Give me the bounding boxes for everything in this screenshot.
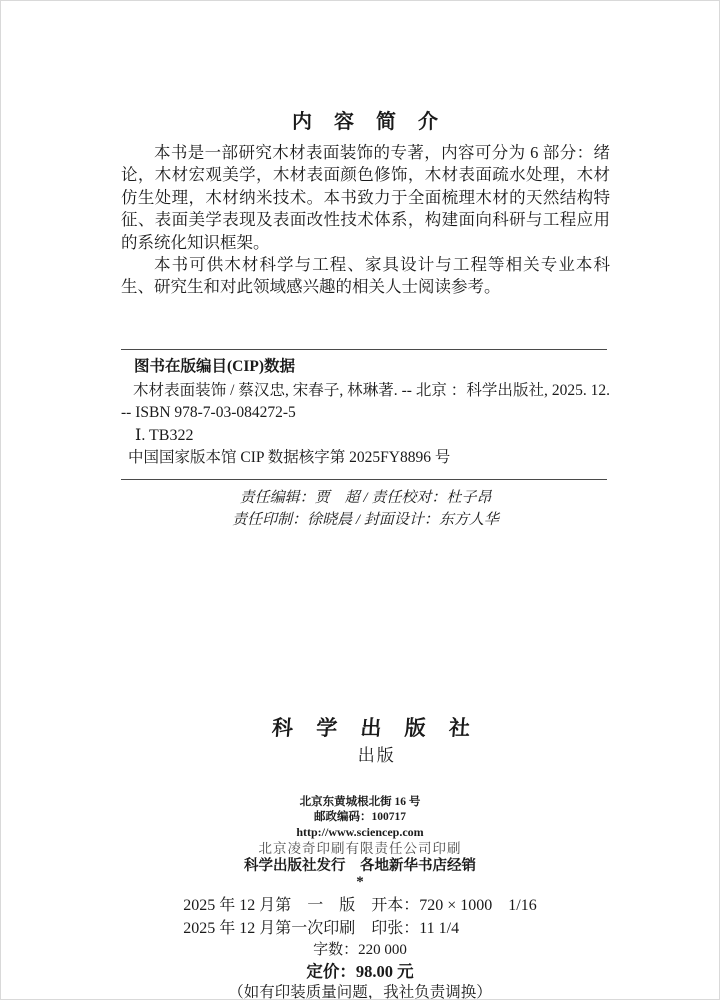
copyright-page: 内 容 简 介 本书是一部研究木材表面装饰的专著，内容可分为 6 部分：绪论，木… [0, 0, 720, 1000]
publisher-logo-script: 科 学 出 版 社 [271, 715, 480, 741]
cip-registry-note: 中国国家版本馆 CIP 数据核字第 2025FY8896 号 [121, 447, 610, 470]
staff-credits: 责任编辑：贾 超 / 责任校对：杜子昂 责任印制：徐晓晨 / 封面设计：东方人华 [121, 487, 610, 531]
word-count-line: 字数：220 000 [1, 940, 719, 961]
quality-notice-line: （如有印装质量问题，我社负责调换） [1, 982, 719, 1000]
publish-label: 出版 [358, 746, 396, 765]
printing-line: 2025 年 12 月第一次印刷 印张：11 1/4 [183, 917, 536, 940]
cip-heading: 图书在版编目(CIP)数据 [121, 356, 610, 379]
cip-book-entry: 木材表面装饰 / 蔡汉忠, 宋春子, 林琳著. -- 北京 ：科学出版社, 20… [121, 380, 610, 425]
cip-classification: Ⅰ. TB322 [121, 425, 610, 448]
staff-print-design-line: 责任印制：徐晓晨 / 封面设计：东方人华 [121, 509, 610, 531]
price-line: 定价：98.00 元 [1, 961, 719, 982]
content-intro-section: 本书是一部研究木材表面装饰的专著，内容可分为 6 部分：绪论，木材宏观美学，木材… [121, 142, 610, 299]
publisher-postcode: 邮政编码：100717 [1, 810, 719, 825]
staff-editors-line: 责任编辑：贾 超 / 责任校对：杜子昂 [121, 487, 610, 509]
publisher-section: 科 学 出 版 社 出版 北京东黄城根北街 16 号 邮政编码：100717 h… [1, 689, 719, 1000]
publisher-url: http://www.sciencep.com [1, 825, 719, 840]
edition-line: 2025 年 12 月第 一 版 开本：720 × 1000 1/16 [183, 894, 536, 917]
divider-top-rule [121, 349, 607, 350]
intro-paragraph-2: 本书可供木材科学与工程、家具设计与工程等相关专业本科生、研究生和对此领域感兴趣的… [121, 254, 610, 299]
publisher-address: 北京东黄城根北街 16 号 [1, 795, 719, 810]
publisher-logo-line: 科 学 出 版 社 出版 [1, 689, 719, 795]
distribution-line: 科学出版社发行 各地新华书店经销 [1, 857, 719, 875]
content-intro-title: 内 容 简 介 [121, 105, 610, 134]
intro-paragraph-1: 本书是一部研究木材表面装饰的专著，内容可分为 6 部分：绪论，木材宏观美学，木材… [121, 142, 610, 254]
printer-line: 北京凌奇印刷有限责任公司印刷 [1, 840, 719, 857]
asterisk-separator: * [1, 875, 719, 890]
colophon-edition-block: 2025 年 12 月第 一 版 开本：720 × 1000 1/16 2025… [1, 894, 719, 940]
divider-bottom-rule [121, 479, 607, 480]
cip-section: 图书在版编目(CIP)数据 木材表面装饰 / 蔡汉忠, 宋春子, 林琳著. --… [121, 356, 610, 470]
